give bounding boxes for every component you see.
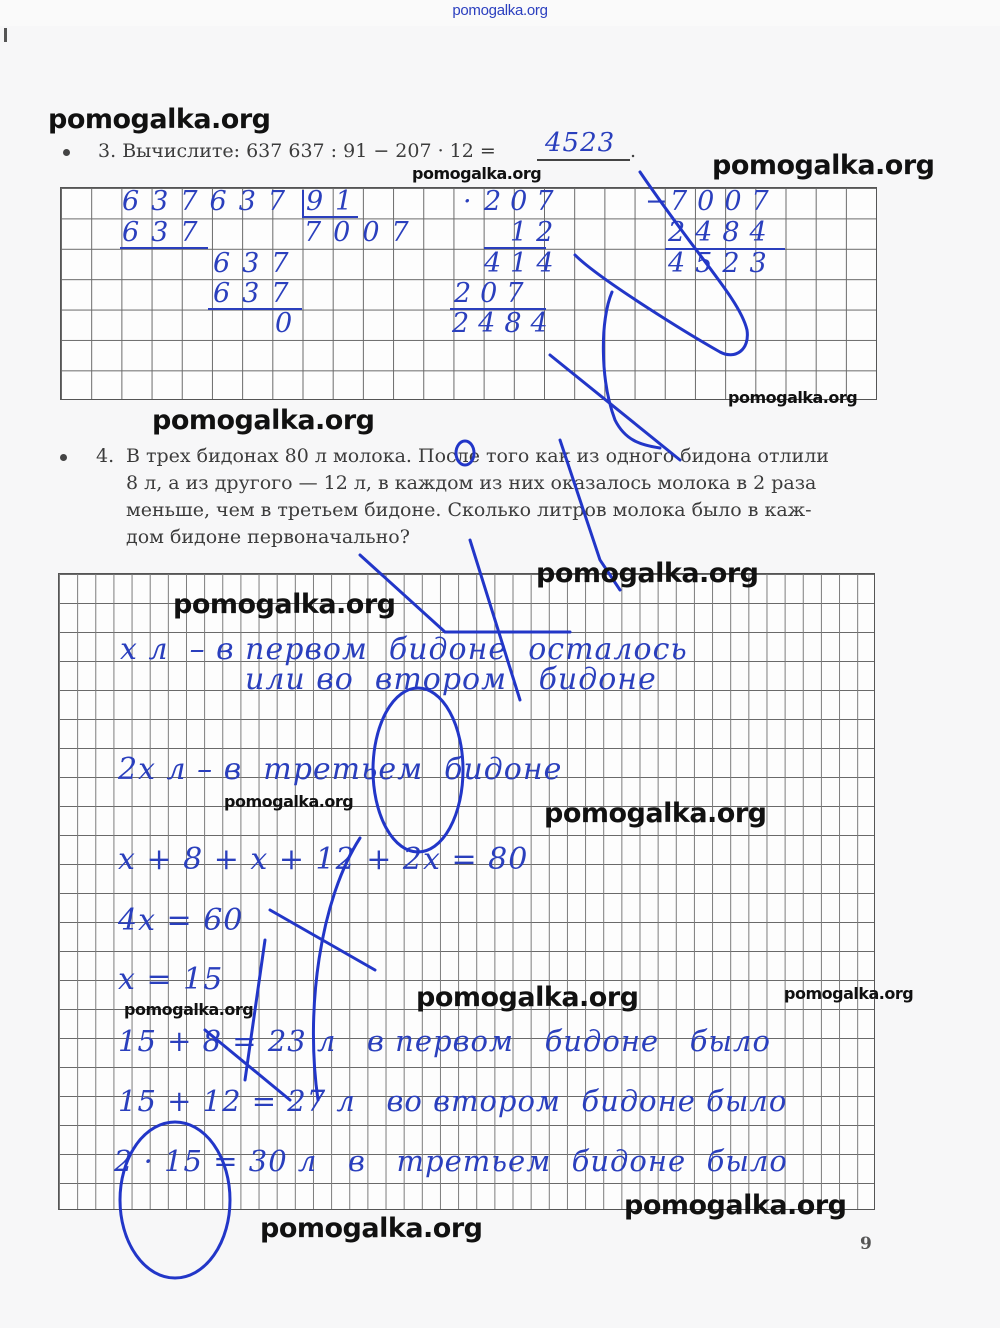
division-step-2: 637	[213, 248, 301, 279]
solution-line-6: x = 15	[118, 962, 223, 997]
watermark: pomogalka.org	[173, 589, 396, 620]
watermark: pomogalka.org	[48, 104, 271, 135]
division-dividend: 637637	[122, 186, 297, 217]
scan-edge-mark	[4, 28, 7, 42]
problem3-answer: 4523	[545, 128, 615, 158]
watermark: pomogalka.org	[728, 388, 857, 407]
problem4-bullet	[60, 454, 67, 461]
division-step-3: 637	[213, 278, 301, 309]
watermark: pomogalka.org	[536, 558, 759, 589]
solution-line-8: 15 + 12 = 27 л во втором бидоне было	[118, 1084, 787, 1118]
division-step-1: 637	[122, 217, 210, 248]
watermark: pomogalka.org	[544, 798, 767, 829]
watermark: pomogalka.org	[412, 164, 541, 183]
answer-underline	[537, 159, 630, 161]
division-remainder: 0	[275, 308, 293, 339]
problem3-number: 3.	[98, 140, 116, 162]
division-divisor: 91	[306, 186, 364, 217]
subtract-difference: 4523	[668, 248, 777, 279]
watermark: pomogalka.org	[712, 150, 935, 181]
answer-period: .	[630, 138, 636, 165]
multiply-partial-2: 207	[454, 278, 533, 309]
multiply-partial-1: 414	[484, 248, 563, 279]
watermark: pomogalka.org	[124, 1000, 253, 1019]
problem3-bullet	[63, 149, 70, 156]
page-number: 9	[860, 1234, 872, 1254]
solution-line-9: 2 · 15 = 30 л в третьем бидоне было	[114, 1144, 788, 1178]
problem4-line-2: 8 л, а из другого — 12 л, в каждом из ни…	[126, 470, 816, 497]
subtract-sign: −	[645, 186, 669, 217]
multiply-a: 207	[484, 186, 563, 217]
watermark: pomogalka.org	[260, 1213, 483, 1244]
division-step-1-line	[120, 247, 208, 249]
watermark: pomogalka.org	[152, 405, 375, 436]
subtract-subtrahend: 2484	[668, 217, 777, 248]
watermark: pomogalka.org	[624, 1190, 847, 1221]
problem3-text: Вычислите: 637 637 : 91 − 207 · 12 =	[122, 140, 496, 162]
multiply-product: 2484	[452, 308, 557, 339]
problem4-line-3: меньше, чем в третьем бидоне. Сколько ли…	[126, 497, 812, 524]
watermark: pomogalka.org	[224, 792, 353, 811]
problem4-line-1: В трех бидонах 80 л молока. После того к…	[126, 443, 829, 470]
solution-line-4: x + 8 + x + 12 + 2x = 80	[118, 842, 528, 877]
solution-line-2: или во втором бидоне	[245, 662, 657, 697]
solution-line-3: 2x л – в третьем бидоне	[118, 752, 562, 787]
multiply-sign: ·	[463, 186, 473, 217]
watermark: pomogalka.org	[416, 982, 639, 1013]
solution-line-5: 4x = 60	[118, 903, 243, 938]
multiply-b: 12	[510, 217, 562, 248]
division-quotient: 7007	[304, 217, 421, 248]
division-bracket-vertical	[302, 190, 304, 216]
solution-line-7: 15 + 8 = 23 л в первом бидоне было	[118, 1024, 771, 1058]
site-watermark-top: pomogalka.org	[0, 2, 1000, 19]
problem4-line-4: дом бидоне первоначально?	[126, 524, 410, 551]
watermark: pomogalka.org	[784, 984, 913, 1003]
subtract-minuend: 7007	[670, 186, 779, 217]
problem3-statement: 3. Вычислите: 637 637 : 91 − 207 · 12 =	[98, 138, 496, 165]
problem4-number: 4.	[96, 443, 114, 470]
